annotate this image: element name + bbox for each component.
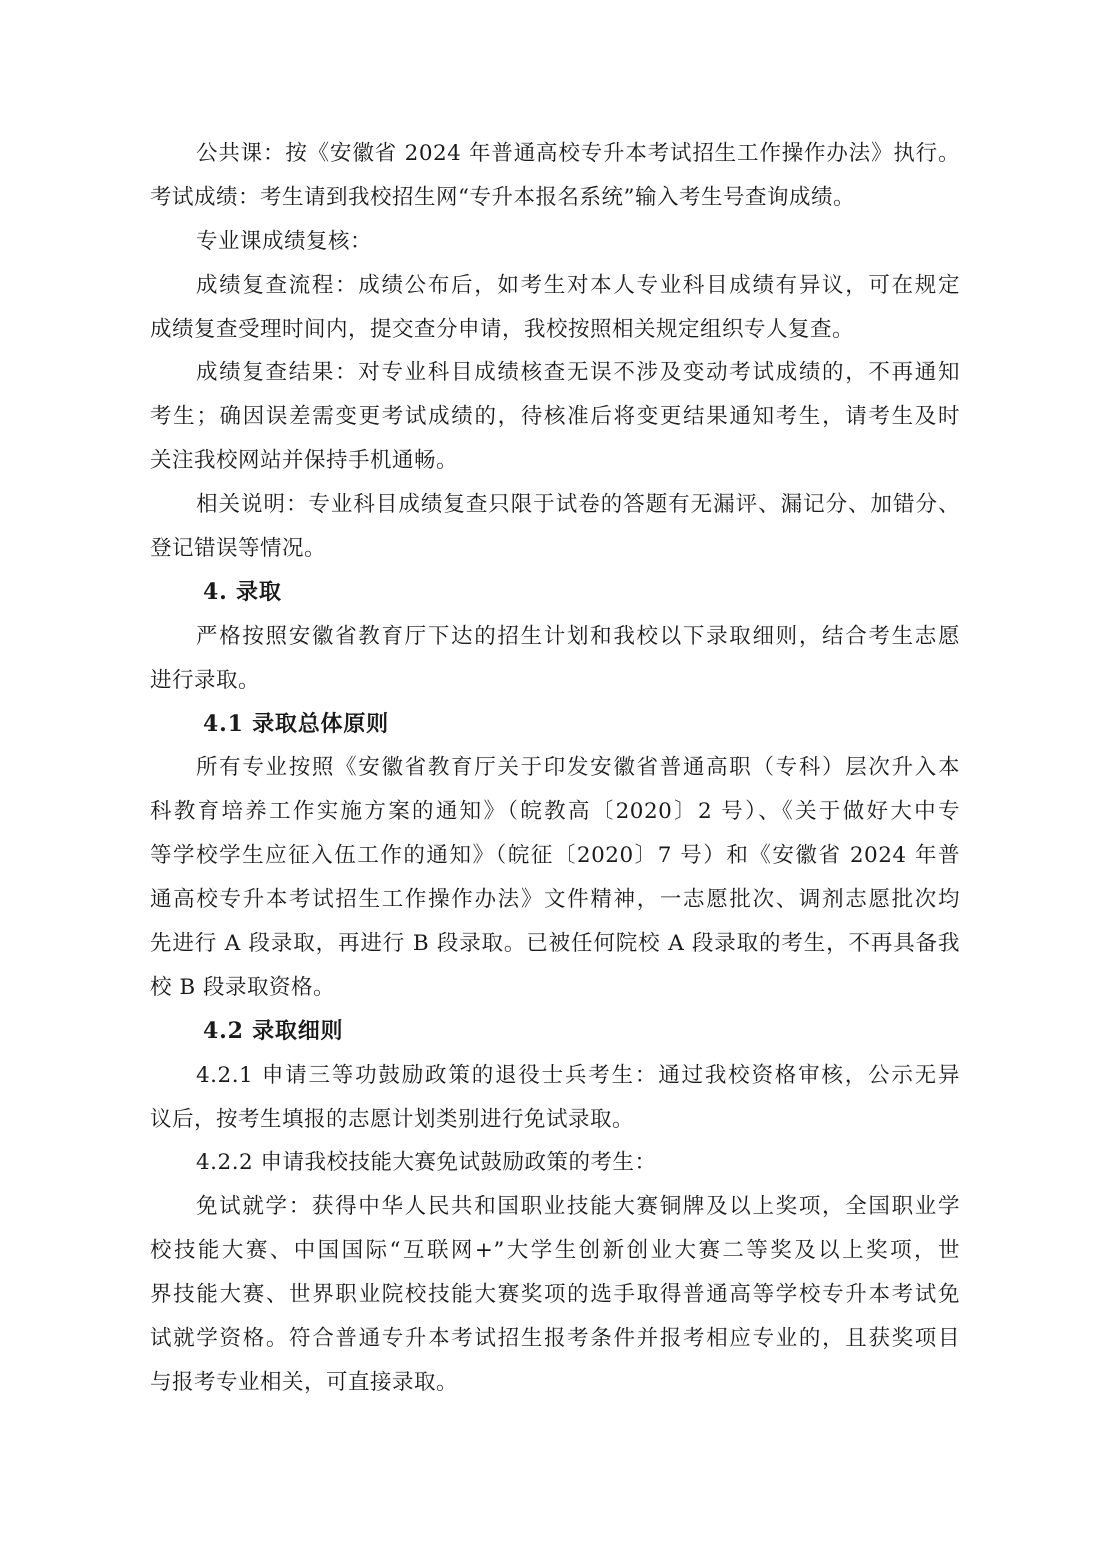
- text-line: 考试成绩：考生请到我校招生网“专升本报名系统”输入考生号查询成绩。: [150, 176, 960, 220]
- section-heading-recruitment-rules: 4.2 录取细则: [150, 1010, 960, 1054]
- text-line: 相关说明：专业科目成绩复查只限于试卷的答题有无漏评、漏记分、加错分、: [150, 483, 960, 527]
- text-line: 登记错误等情况。: [150, 527, 960, 571]
- text-line: 进行录取。: [150, 659, 960, 703]
- text-line: 通高校专升本考试招生工作操作办法》文件精神，一志愿批次、调剂志愿批次均: [150, 878, 960, 922]
- text-line: 公共课：按《安徽省 2024 年普通高校专升本考试招生工作操作办法》执行。: [150, 132, 960, 176]
- text-line: 关注我校网站并保持手机通畅。: [150, 439, 960, 483]
- document-text-block: 公共课：按《安徽省 2024 年普通高校专升本考试招生工作操作办法》执行。 考试…: [150, 132, 960, 1405]
- text-line: 等学校学生应征入伍工作的通知》（皖征〔2020〕7 号）和《安徽省 2024 年…: [150, 834, 960, 878]
- text-line: 校 B 段录取资格。: [150, 966, 960, 1010]
- text-line: 严格按照安徽省教育厅下达的招生计划和我校以下录取细则，结合考生志愿: [150, 615, 960, 659]
- section-heading-recruitment: 4. 录取: [150, 571, 960, 615]
- text-line: 成绩复查结果：对专业科目成绩核查无误不涉及变动考试成绩的，不再通知: [150, 351, 960, 395]
- text-line: 所有专业按照《安徽省教育厅关于印发安徽省普通高职（专科）层次升入本: [150, 746, 960, 790]
- text-line: 专业课成绩复核：: [150, 220, 960, 264]
- text-line: 界技能大赛、世界职业院校技能大赛奖项的选手取得普通高等学校专升本考试免: [150, 1273, 960, 1317]
- text-line: 议后，按考生填报的志愿计划类别进行免试录取。: [150, 1098, 960, 1142]
- text-line: 先进行 A 段录取，再进行 B 段录取。已被任何院校 A 段录取的考生，不再具备…: [150, 922, 960, 966]
- text-line: 科教育培养工作实施方案的通知》（皖教高〔2020〕2 号）、《关于做好大中专: [150, 790, 960, 834]
- text-line: 免试就学：获得中华人民共和国职业技能大赛铜牌及以上奖项，全国职业学: [150, 1185, 960, 1229]
- text-line: 试就学资格。符合普通专升本考试招生报考条件并报考相应专业的，且获奖项目: [150, 1317, 960, 1361]
- text-line: 校技能大赛、中国国际“互联网+”大学生创新创业大赛二等奖及以上奖项，世: [150, 1229, 960, 1273]
- document-page: 公共课：按《安徽省 2024 年普通高校专升本考试招生工作操作办法》执行。 考试…: [0, 0, 1102, 1559]
- text-line: 成绩复查受理时间内，提交查分申请，我校按照相关规定组织专人复查。: [150, 308, 960, 352]
- text-line: 4.2.2 申请我校技能大赛免试鼓励政策的考生：: [150, 1141, 960, 1185]
- text-line: 4.2.1 申请三等功鼓励政策的退役士兵考生：通过我校资格审核，公示无异: [150, 1054, 960, 1098]
- text-line: 与报考专业相关，可直接录取。: [150, 1361, 960, 1405]
- text-line: 成绩复查流程：成绩公布后，如考生对本人专业科目成绩有异议，可在规定: [150, 264, 960, 308]
- text-line: 考生；确因误差需变更考试成绩的，待核准后将变更结果通知考生，请考生及时: [150, 395, 960, 439]
- section-heading-general-principles: 4.1 录取总体原则: [150, 703, 960, 747]
